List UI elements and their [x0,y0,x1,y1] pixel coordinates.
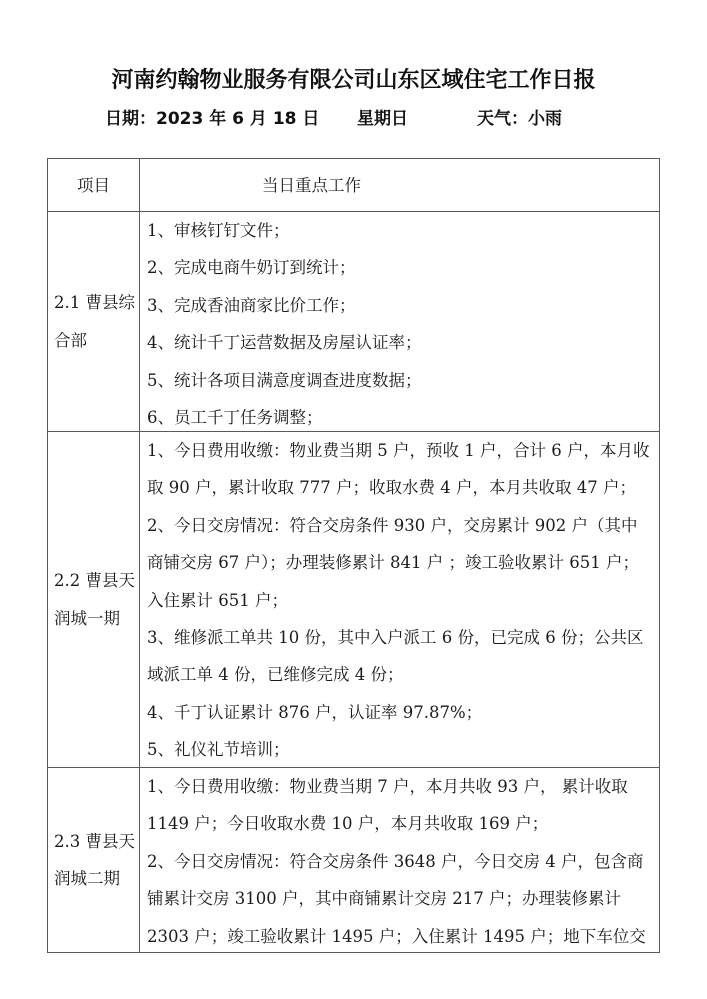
work-item: 5、礼仪礼节培训； [147,731,653,767]
work-items-cell: 1、今日费用收缴：物业费当期 5 户，预收 1 户，合计 6 户，本月收取 90… [140,432,659,767]
table-row: 2.2 曹县天润城一期1、今日费用收缴：物业费当期 5 户，预收 1 户，合计 … [48,432,659,768]
header-work-column: 当日重点工作 [140,159,659,211]
project-cell: 2.1 曹县综合部 [48,212,140,431]
work-item: 2、完成电商牛奶订到统计； [147,249,653,286]
project-label: 2.2 曹县天润城一期 [54,562,139,637]
project-label: 2.1 曹县综合部 [54,284,139,359]
weather-value: 天气：小雨 [477,106,562,132]
table-row: 2.3 曹县天润城二期1、今日费用收缴：物业费当期 7 户，本月共收 93 户，… [48,768,659,952]
table-row: 2.1 曹县综合部1、审核钉钉文件；2、完成电商牛奶订到统计；3、完成香油商家比… [48,212,659,432]
date-line: 日期：2023 年 6 月 18 日 星期日 天气：小雨 [0,106,707,132]
daily-report-table: 项目 当日重点工作 2.1 曹县综合部1、审核钉钉文件；2、完成电商牛奶订到统计… [47,158,660,953]
project-label: 2.3 曹县天润城二期 [54,823,139,898]
work-item: 2、今日交房情况：符合交房条件 930 户，交房累计 902 户（其中商铺交房 … [147,507,653,619]
work-item: 1、审核钉钉文件； [147,212,653,249]
work-items-cell: 1、今日费用收缴：物业费当期 7 户，本月共收 93 户， 累计收取 1149 … [140,768,659,952]
work-item: 4、统计千丁运营数据及房屋认证率； [147,324,653,361]
header-project-column: 项目 [48,159,140,211]
project-cell: 2.2 曹县天润城一期 [48,432,140,767]
work-item: 2、今日交房情况：符合交房条件 3648 户，今日交房 4 户，包含商铺累计交房… [147,843,653,952]
work-item: 1、今日费用收缴：物业费当期 7 户，本月共收 93 户， 累计收取 1149 … [147,768,653,843]
date-value: 日期：2023 年 6 月 18 日 [105,106,319,132]
work-item: 6、员工千丁任务调整； [147,399,653,431]
document-title: 河南约翰物业服务有限公司山东区域住宅工作日报 [0,66,707,96]
work-item: 1、今日费用收缴：物业费当期 5 户，预收 1 户，合计 6 户，本月收取 90… [147,432,653,507]
weekday-value: 星期日 [357,106,408,132]
project-cell: 2.3 曹县天润城二期 [48,768,140,952]
work-item: 3、维修派工单共 10 份，其中入户派工 6 份，已完成 6 份；公共区域派工单… [147,619,653,694]
table-header-row: 项目 当日重点工作 [48,159,659,212]
work-items-cell: 1、审核钉钉文件；2、完成电商牛奶订到统计；3、完成香油商家比价工作；4、统计千… [140,212,659,431]
work-item: 4、千丁认证累计 876 户，认证率 97.87%； [147,694,653,731]
document-page: 河南约翰物业服务有限公司山东区域住宅工作日报 日期：2023 年 6 月 18 … [0,0,707,999]
work-item: 3、完成香油商家比价工作； [147,287,653,324]
work-item: 5、统计各项目满意度调查进度数据； [147,362,653,399]
